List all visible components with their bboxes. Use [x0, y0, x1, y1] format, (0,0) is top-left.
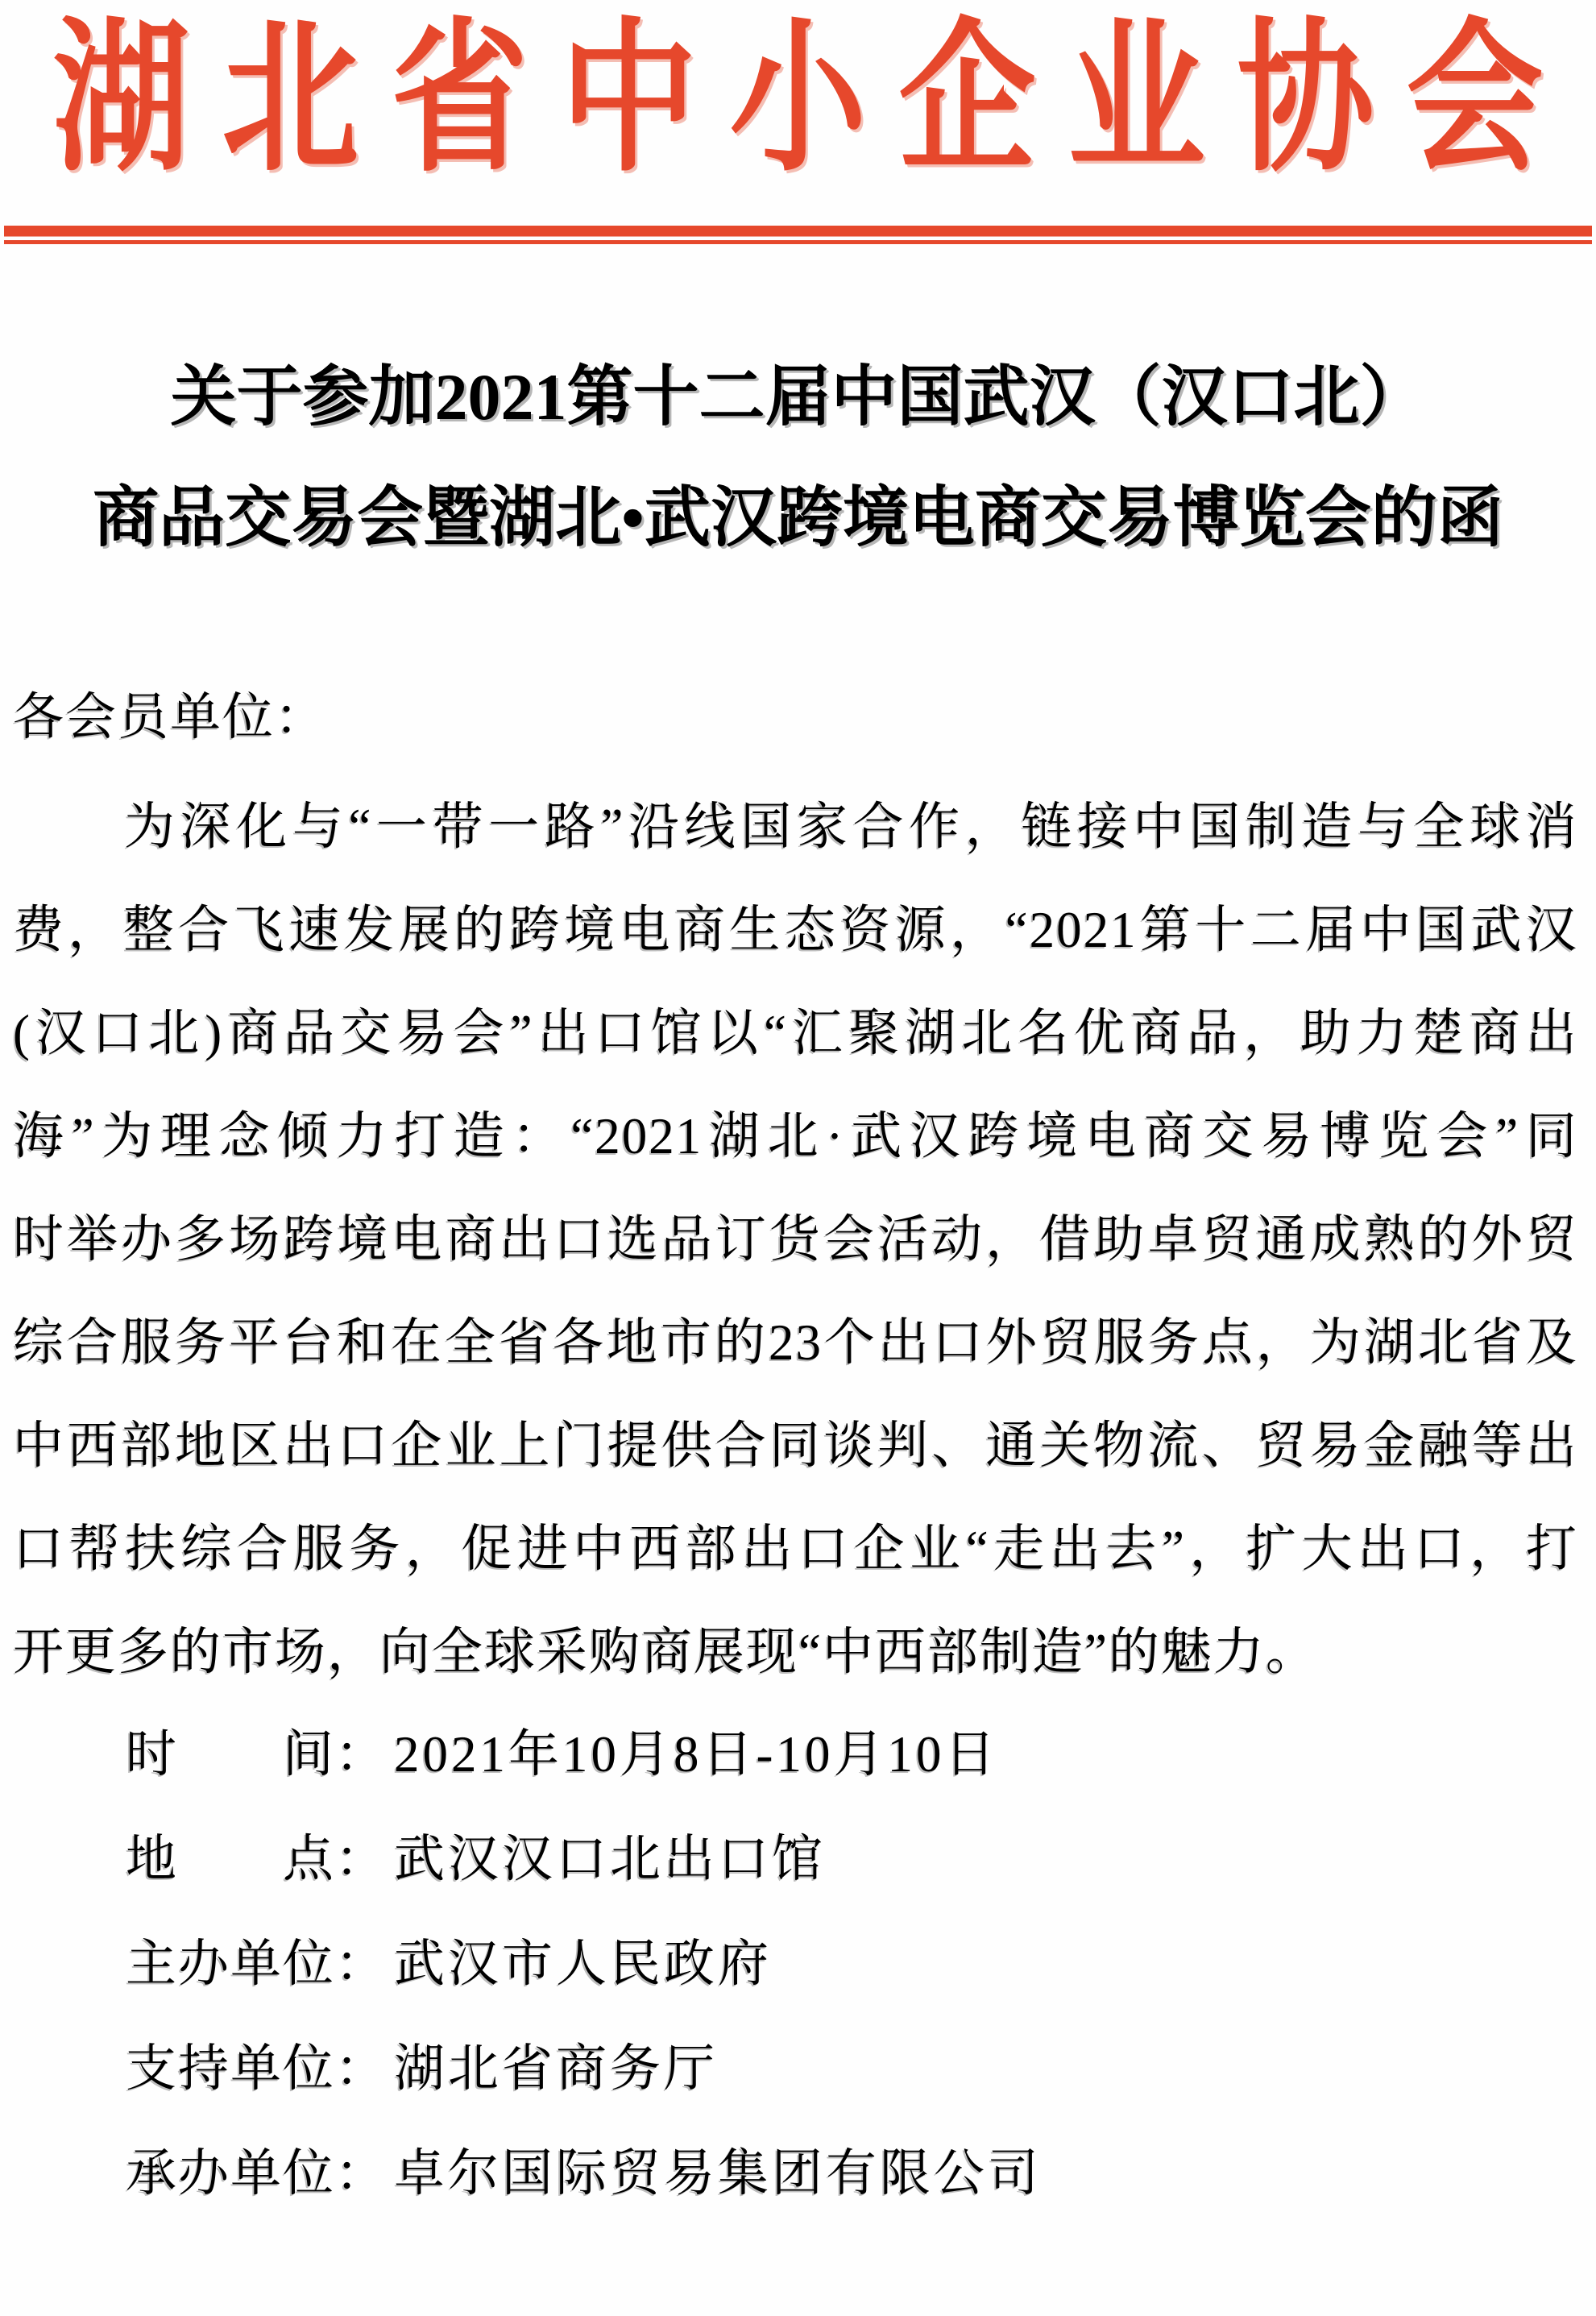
document-page: 湖北省中小企业协会 关于参加2021第十二届中国武汉（汉口北） 商品交易会暨湖北… — [0, 0, 1596, 2316]
detail-label: 承办单位： — [126, 2145, 388, 2202]
body-paragraph: 为深化与“一带一路”沿线国家合作，链接中国制造与全球消 费，整合飞速发展的跨境电… — [13, 775, 1578, 1704]
document-title-line2: 商品交易会暨湖北•武汉跨境电商交易博览会的函 — [0, 458, 1596, 579]
body-line: 口帮扶综合服务，促进中西部出口企业“走出去”，扩大出口，打 — [13, 1497, 1578, 1600]
detail-value: 卓尔国际贸易集团有限公司 — [394, 2145, 1042, 2202]
letterhead-org-name: 湖北省中小企业协会 — [0, 13, 1596, 187]
body-line: 为深化与“一带一路”沿线国家合作，链接中国制造与全球消 — [13, 775, 1578, 878]
detail-label: 主办单位： — [126, 1936, 388, 1992]
detail-value: 武汉市人民政府 — [394, 1936, 772, 1992]
detail-row-host: 主办单位：武汉市人民政府 — [126, 1911, 1578, 2016]
body-line: 开更多的市场，向全球采购商展现“中西部制造”的魅力。 — [13, 1600, 1578, 1704]
document-title: 关于参加2021第十二届中国武汉（汉口北） 商品交易会暨湖北•武汉跨境电商交易博… — [0, 337, 1596, 579]
detail-label: 时 间： — [126, 1726, 388, 1783]
body-line: 时举办多场跨境电商出口选品订货会活动，借助卓贸通成熟的外贸 — [13, 1188, 1578, 1291]
divider-thick-rule — [4, 226, 1592, 236]
body-line: 费，整合飞速发展的跨境电商生态资源，“2021第十二届中国武汉 — [13, 878, 1578, 982]
event-details-list: 时 间：2021年10月8日-10月10日 地 点：武汉汉口北出口馆 主办单位：… — [126, 1702, 1578, 2226]
detail-row-place: 地 点：武汉汉口北出口馆 — [126, 1807, 1578, 1911]
detail-row-organizer: 承办单位：卓尔国际贸易集团有限公司 — [126, 2121, 1578, 2226]
detail-value: 2021年10月8日-10月10日 — [394, 1726, 998, 1783]
detail-value: 武汉汉口北出口馆 — [394, 1831, 826, 1887]
detail-label: 支持单位： — [126, 2040, 388, 2097]
detail-row-time: 时 间：2021年10月8日-10月10日 — [126, 1702, 1578, 1807]
salutation: 各会员单位： — [13, 666, 1578, 769]
detail-value: 湖北省商务厅 — [394, 2040, 718, 2097]
body-line: 海”为理念倾力打造：“2021湖北·武汉跨境电商交易博览会”同 — [13, 1085, 1578, 1188]
detail-row-supporter: 支持单位：湖北省商务厅 — [126, 2016, 1578, 2121]
body-line: 中西部地区出口企业上门提供合同谈判、通关物流、贸易金融等出 — [13, 1394, 1578, 1497]
body-line: 综合服务平台和在全省各地市的23个出口外贸服务点，为湖北省及 — [13, 1291, 1578, 1394]
body-line: (汉口北)商品交易会”出口馆以“汇聚湖北名优商品，助力楚商出 — [13, 982, 1578, 1085]
document-title-line1: 关于参加2021第十二届中国武汉（汉口北） — [0, 337, 1596, 458]
letterhead-divider — [4, 226, 1592, 244]
divider-thin-rule — [4, 240, 1592, 244]
detail-label: 地 点： — [126, 1831, 388, 1887]
